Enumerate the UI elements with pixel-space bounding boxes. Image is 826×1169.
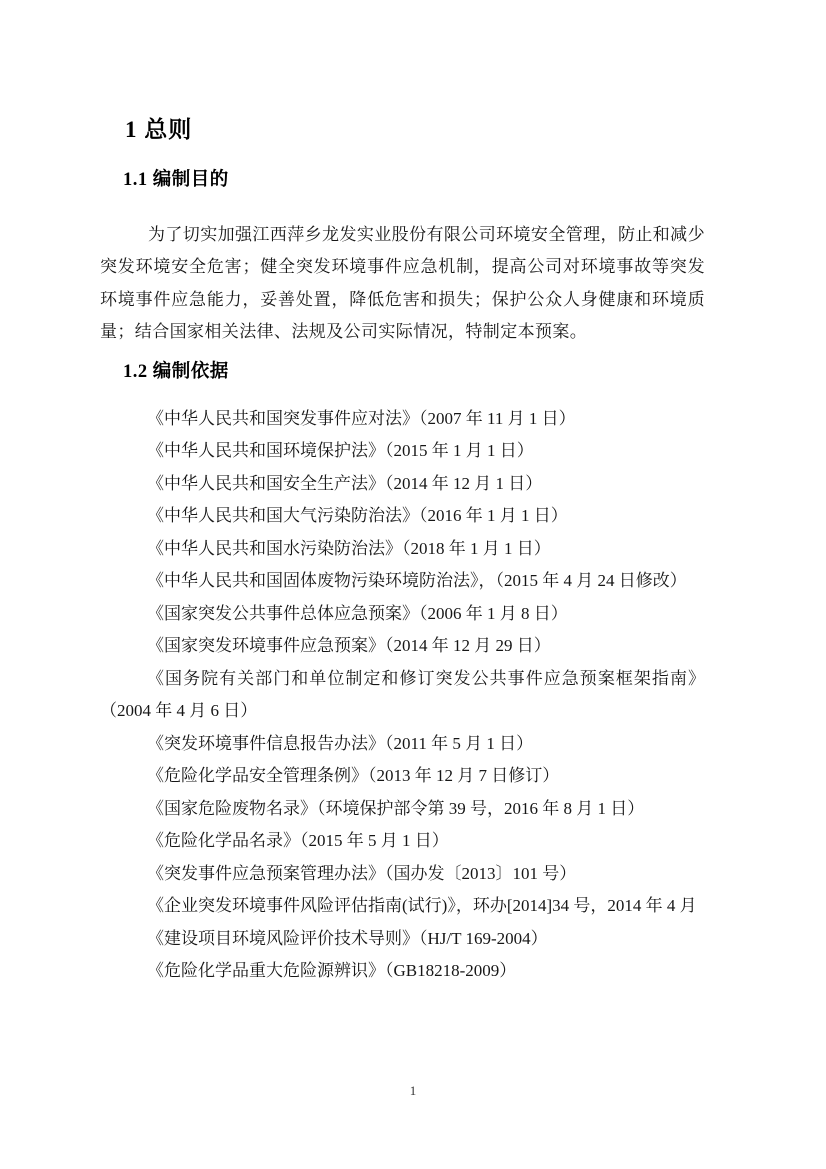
reference-item: 《建设项目环境风险评价技术导则》（HJ/T 169-2004） [100,923,705,956]
reference-item: 《危险化学品名录》（2015 年 5 月 1 日） [100,825,705,858]
section-1-1-paragraph: 为了切实加强江西萍乡龙发实业股份有限公司环境安全管理，防止和减少突发环境安全危害… [100,219,705,349]
section-heading-1-2: 1.2 编制依据 [123,363,705,382]
document-page: 1 总则 1.1 编制目的 为了切实加强江西萍乡龙发实业股份有限公司环境安全管理… [0,0,826,1169]
reference-item: 《中华人民共和国水污染防治法》（2018 年 1 月 1 日） [100,533,705,566]
reference-item: 《企业突发环境事件风险评估指南(试行)》，环办[2014]34 号，2014 年… [100,890,705,923]
reference-list: 《中华人民共和国突发事件应对法》（2007 年 11 月 1 日） 《中华人民共… [100,403,705,988]
page-number: 1 [0,1084,826,1097]
reference-item: 《突发环境事件信息报告办法》（2011 年 5 月 1 日） [100,728,705,761]
reference-item: 《中华人民共和国环境保护法》（2015 年 1 月 1 日） [100,435,705,468]
reference-item: 《国家突发环境事件应急预案》（2014 年 12 月 29 日） [100,630,705,663]
section-heading-1-1: 1.1 编制目的 [123,171,705,190]
reference-item: 《危险化学品安全管理条例》（2013 年 12 月 7 日修订） [100,760,705,793]
reference-item: 《中华人民共和国大气污染防治法》（2016 年 1 月 1 日） [100,500,705,533]
reference-item: 《国务院有关部门和单位制定和修订突发公共事件应急预案框架指南》（2004 年 4… [100,663,705,728]
reference-item: 《危险化学品重大危险源辨识》（GB18218-2009） [100,955,705,988]
reference-item: 《突发事件应急预案管理办法》（国办发〔2013〕101 号） [100,858,705,891]
reference-item: 《中华人民共和国突发事件应对法》（2007 年 11 月 1 日） [100,403,705,436]
reference-item: 《中华人民共和国安全生产法》（2014 年 12 月 1 日） [100,468,705,501]
reference-item: 《中华人民共和国固体废物污染环境防治法》，（2015 年 4 月 24 日修改） [100,565,705,598]
reference-item: 《国家突发公共事件总体应急预案》（2006 年 1 月 8 日） [100,598,705,631]
reference-item: 《国家危险废物名录》（环境保护部令第 39 号，2016 年 8 月 1 日） [100,793,705,826]
chapter-heading: 1 总则 [125,118,705,142]
